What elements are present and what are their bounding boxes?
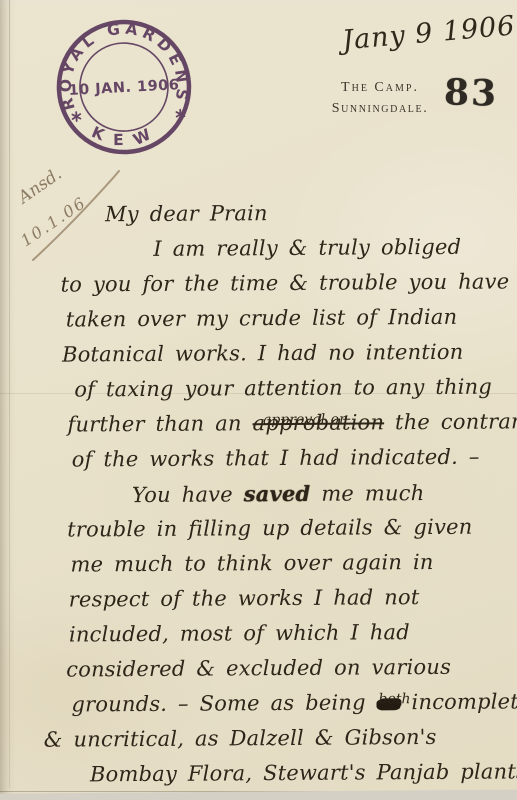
text-segment: grounds. – Some as being (71, 690, 376, 716)
text-segment: Botanical works. I had no intention (62, 340, 464, 367)
text-segment: further than an (67, 411, 252, 436)
scanned-letter: ROYAL GARDENS KEW 10 JAN. 1906 Jany 9 19… (0, 0, 517, 800)
correction: approbationapproval or (252, 405, 384, 441)
handwritten-line: to you for the time & trouble you have (60, 264, 512, 302)
text-segment: saved (244, 481, 311, 506)
text-segment: Bombay Flora, Stewart's Panjab plants, (90, 759, 517, 786)
vertical-crease (9, 0, 10, 788)
text-segment: taken over my crude list of Indian (66, 305, 458, 332)
letter-page: ROYAL GARDENS KEW 10 JAN. 1906 Jany 9 19… (0, 0, 517, 800)
paper-bottom-edge (0, 791, 517, 792)
text-segment: incomplete (401, 689, 517, 714)
handwritten-line: included, most of which I had (69, 614, 515, 652)
handwritten-line: You have saved me much (132, 474, 514, 512)
handwritten-line: considered & excluded on various (66, 649, 515, 687)
text-segment: I am really & truly obliged (153, 235, 461, 261)
letterhead-address: The Camp. Sunningdale. (322, 80, 438, 117)
text-segment: You have (132, 482, 244, 507)
text-segment: the contrary (384, 409, 517, 434)
handwritten-line: trouble in filling up details & given (67, 509, 514, 547)
inserted-text-above: both (378, 692, 410, 706)
address-line-1: The Camp. (322, 80, 438, 96)
inserted-text-above: approval or (263, 412, 346, 427)
stamp-date-text: 10 JAN. 1906 (68, 77, 180, 99)
handwritten-line: & uncritical, as Dalzell & Gibson's (44, 719, 516, 757)
handwritten-line: My dear Prain (105, 194, 512, 232)
correction: both (377, 685, 401, 720)
handwritten-line: I am really & truly obliged (153, 229, 512, 267)
handwritten-line: grounds. – Some as being both incomplete (71, 684, 515, 722)
address-line-2: Sunningdale. (322, 101, 438, 117)
handwritten-line: respect of the works I had not (69, 579, 515, 617)
text-segment: included, most of which I had (69, 620, 410, 646)
handwritten-date: Jany 9 1906 (341, 11, 513, 57)
kew-date-stamp: ROYAL GARDENS KEW 10 JAN. 1906 (48, 11, 201, 164)
stamp-star-icon (72, 112, 80, 121)
text-segment: My dear Prain (105, 201, 268, 226)
handwritten-line: further than an approbationapproval or t… (67, 404, 513, 442)
handwritten-line: me much to think over again in (70, 544, 514, 582)
handwritten-line: Botanical works. I had no intention (62, 334, 513, 372)
folio-number: 83 (443, 71, 498, 114)
text-segment: & uncritical, as Dalzell & Gibson's (44, 725, 437, 752)
text-segment: considered & excluded on various (66, 655, 451, 682)
handwritten-line: Bombay Flora, Stewart's Panjab plants, (90, 754, 516, 792)
text-segment: respect of the works I had not (69, 585, 420, 611)
text-segment: to you for the time & trouble you have (60, 269, 509, 296)
handwritten-line: of the works that I had indicated. – (72, 439, 514, 477)
text-segment: me much to think over again in (70, 550, 433, 577)
handwritten-line: taken over my crude list of Indian (66, 299, 513, 337)
letter-body: My dear PrainI am really & truly obliged… (58, 194, 516, 792)
text-segment: me much (310, 481, 424, 506)
handwritten-line: of taxing your attention to any thing (74, 369, 513, 407)
text-segment: trouble in filling up details & given (67, 515, 472, 542)
text-segment: of taxing your attention to any thing (74, 375, 492, 402)
text-segment: of the works that I had indicated. – (72, 445, 480, 472)
